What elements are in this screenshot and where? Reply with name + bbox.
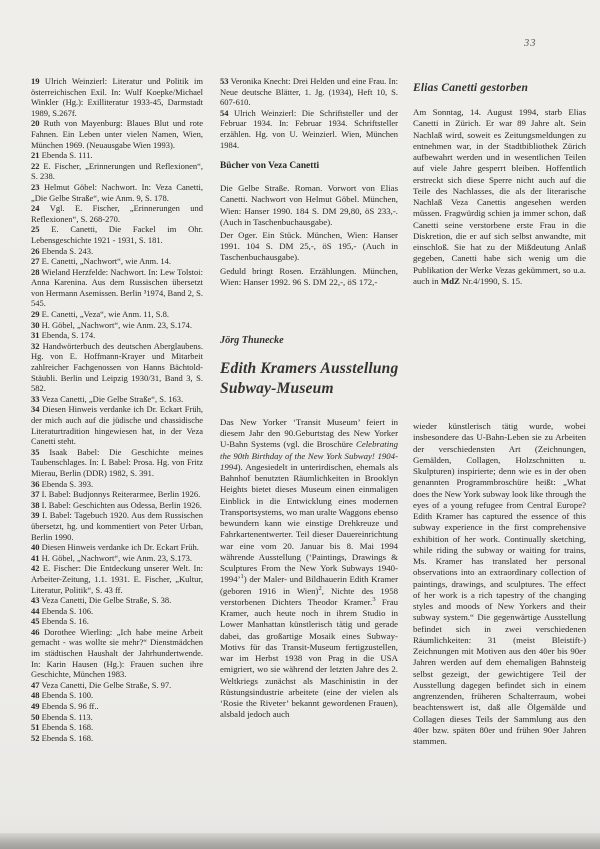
footnote-number: 53 [220,76,229,86]
kramer-article-continuation: wieder künstlerisch tätig wurde, wobei i… [413,421,586,747]
footnote-number: 27 [31,256,40,266]
footnote-number: 34 [31,404,40,414]
footnote-number: 52 [31,733,40,743]
footnote-text: Ebenda, S. 174. [40,330,96,340]
footnote: 23 Helmut Göbel: Nachwort. In: Veza Cane… [31,182,203,203]
footnote-number: 51 [31,722,40,732]
footnote-text: Isaak Babel: Die Geschichte meines Taube… [31,447,203,478]
footnote-number: 37 [31,489,40,499]
text-run: wieder künstlerisch tätig wurde, wobei i… [413,421,586,746]
text-run: Frau Kramer, auch heute noch in ihrem St… [220,597,398,720]
footnote: 20 Ruth von Mayenburg: Blaues Blut und r… [31,118,203,150]
footnote-text: E. Canetti, „Nachwort“, wie Anm. 14. [40,256,171,266]
footnote-number: 36 [31,479,40,489]
footnotes-column-left: 19 Ulrich Weinzierl: Literatur und Polit… [31,76,203,800]
footnote-number: 35 [31,447,40,457]
footnote: 41 H. Göbel, „Nachwort“, wie Anm. 23, S.… [31,553,203,564]
footnote-text: Ruth von Mayenburg: Blaues Blut und rote… [31,118,203,149]
footnote-text: Diesen Hinweis verdanke ich Dr. Eckart F… [31,404,203,446]
text-run-b: MdZ [441,276,460,286]
footnote: 31 Ebenda, S. 174. [31,330,203,341]
footnote-text: Ebenda S. 168. [40,733,94,743]
footnote-number: 48 [31,690,40,700]
footnote: 22 E. Fischer, „Erinnerungen und Reflexi… [31,161,203,182]
canetti-article-heading: Elias Canetti gestorben [413,82,586,94]
footnote-number: 29 [31,309,40,319]
footnote: 40 Diesen Hinweis verdanke ich Dr. Eckar… [31,542,203,553]
footnote-text: Ebenda S. 113. [40,712,93,722]
footnote-text: H. Göbel, „Nachwort“, wie Anm. 23, S.173… [40,553,193,563]
right-column: Elias Canetti gestorben Am Sonntag, 14. … [413,76,586,800]
text-run: ). Angesiedelt in unterirdischen, ehemal… [220,462,398,585]
footnote-number: 28 [31,267,40,277]
footnote-text: Veza Canetti, „Die Gelbe Straße“, S. 163… [40,394,184,404]
footnote: 28 Wieland Herzfelde: Nachwort. In: Lew … [31,267,203,309]
footnote: 21 Ebenda S. 111. [31,150,203,161]
footnote: 27 E. Canetti, „Nachwort“, wie Anm. 14. [31,256,203,267]
footnote-text: Ulrich Weinzierl: Literatur und Politik … [31,76,203,118]
footnote: 46 Dorothee Wierling: „Ich habe meine Ar… [31,627,203,680]
footnote-number: 45 [31,616,40,626]
footnote-number: 31 [31,330,40,340]
middle-column: 53 Veronika Knecht: Drei Helden und eine… [220,76,398,800]
footnote-number: 33 [31,394,40,404]
footnote-text: Veza Canetti, Die Gelbe Straße, S. 38. [40,595,172,605]
book-entry: Geduld bringt Rosen. Erzählungen. Münche… [220,266,398,288]
footnote-text: Ebenda S. 100. [40,690,94,700]
footnote-number: 46 [31,627,40,637]
footnote-text: E. Fischer: Die Entdeckung unserer Welt.… [31,563,203,594]
footnote-number: 50 [31,712,40,722]
footnote-text: Helmut Göbel: Nachwort. In: Veza Canetti… [31,182,203,203]
footnote-number: 54 [220,108,229,118]
footnote-number: 38 [31,500,40,510]
footnote-number: 43 [31,595,40,605]
footnote: 52 Ebenda S. 168. [31,733,203,744]
footnote-text: Handwörterbuch des deutschen Aberglauben… [31,341,203,393]
footnote-text: Ebenda S. 393. [40,479,94,489]
article-title-line1: Edith Kramers Ausstellung im [220,359,398,380]
footnote: 50 Ebenda S. 113. [31,712,203,723]
footnote: 43 Veza Canetti, Die Gelbe Straße, S. 38… [31,595,203,606]
scan-edge-shadow [0,833,600,849]
footnote-number: 47 [31,680,40,690]
footnote-number: 22 [31,161,40,171]
footnote: 54 Ulrich Weinzierl: Die Schriftsteller … [220,108,398,150]
footnote-number: 26 [31,246,40,256]
footnote-number: 42 [31,563,40,573]
footnote-text: I. Babel: Tagebuch 1920. Aus dem Russisc… [31,510,203,541]
footnote-list-middle: 53 Veronika Knecht: Drei Helden und eine… [220,76,398,150]
footnote: 38 I. Babel: Geschichten aus Odessa, Ber… [31,500,203,511]
footnote: 44 Ebenda S. 106. [31,606,203,617]
footnote-list-left: 19 Ulrich Weinzierl: Literatur und Polit… [31,76,203,743]
kramer-article-body: Das New Yorker ‘Transit Museum’ feiert i… [220,417,398,721]
page-number: 33 [524,38,537,49]
footnote-number: 30 [31,320,40,330]
footnote-number: 32 [31,341,40,351]
footnote-text: Wieland Herzfelde: Nachwort. In: Lew Tol… [31,267,203,309]
footnote-number: 19 [31,76,40,86]
footnote-text: Ebenda S. 111. [40,150,93,160]
footnote: 32 Handwörterbuch des deutschen Aberglau… [31,341,203,394]
footnote: 45 Ebenda S. 16. [31,616,203,627]
footnote-number: 39 [31,510,40,520]
footnote: 37 I. Babel: Budjonnys Reiterarmee, Berl… [31,489,203,500]
footnote-number: 25 [31,224,40,234]
footnote-text: E. Canetti, Die Fackel im Ohr. Lebensges… [31,224,203,245]
footnote-number: 41 [31,553,40,563]
footnote-number: 40 [31,542,40,552]
footnote-text: Veronika Knecht: Drei Helden und eine Fr… [220,76,398,107]
footnote: 42 E. Fischer: Die Entdeckung unserer We… [31,563,203,595]
footnote-text: Ebenda S. 168. [40,722,94,732]
footnote: 24 Vgl. E. Fischer, „Erinnerungen und Re… [31,203,203,224]
footnote: 36 Ebenda S. 393. [31,479,203,490]
canetti-article-body: Am Sonntag, 14. August 1994, starb Elias… [413,107,586,287]
footnote-text: Veza Canetti, Die Gelbe Straße, S. 97. [40,680,172,690]
article-title: Edith Kramers Ausstellung imSubway-Museu… [220,359,398,400]
footnote-text: Diesen Hinweis verdanke ich Dr. Eckart F… [40,542,199,552]
footnote-text: H. Göbel, „Nachwort“, wie Anm. 23, S.174… [40,320,193,330]
text-run: Am Sonntag, 14. August 1994, starb Elias… [413,107,586,286]
footnote: 26 Ebenda S. 243. [31,246,203,257]
footnote-text: Ebenda S. 243. [40,246,94,256]
books-section-heading: Bücher von Veza Canetti [220,161,398,171]
footnote-text: Ebenda S. 96 ff.. [40,701,99,711]
footnote: 51 Ebenda S. 168. [31,722,203,733]
footnote-text: Dorothee Wierling: „Ich habe meine Arbei… [31,627,203,679]
footnote-text: E. Fischer, „Erinnerungen und Reflexione… [31,161,203,182]
footnote-text: Ebenda S. 16. [40,616,89,626]
footnote-number: 24 [31,203,40,213]
footnote: 25 E. Canetti, Die Fackel im Ohr. Lebens… [31,224,203,245]
footnote-number: 23 [31,182,40,192]
article-title-line2: Subway-Museum [220,379,398,400]
footnote: 48 Ebenda S. 100. [31,690,203,701]
footnote: 35 Isaak Babel: Die Geschichte meines Ta… [31,447,203,479]
footnote-text: I. Babel: Budjonnys Reiterarmee, Berlin … [40,489,201,499]
footnote-text: Ebenda S. 106. [40,606,94,616]
footnote-number: 20 [31,118,40,128]
book-entry: Die Gelbe Straße. Roman. Vorwort von Eli… [220,183,398,228]
footnote-text: E. Canetti, „Veza“, wie Anm. 11, S.8. [40,309,170,319]
footnote-number: 44 [31,606,40,616]
book-entry: Der Oger. Ein Stück. München, Wien: Hans… [220,230,398,264]
journal-page: 33 19 Ulrich Weinzierl: Literatur und Po… [0,0,600,849]
footnote: 47 Veza Canetti, Die Gelbe Straße, S. 97… [31,680,203,691]
footnote-text: Vgl. E. Fischer, „Erinnerungen und Refle… [31,203,203,224]
article-author: Jörg Thunecke [220,335,398,346]
text-run: Nr.4/1990, S. 15. [460,276,522,286]
footnote-number: 21 [31,150,40,160]
footnote: 53 Veronika Knecht: Drei Helden und eine… [220,76,398,108]
footnote: 49 Ebenda S. 96 ff.. [31,701,203,712]
footnote-text: I. Babel: Geschichten aus Odessa, Berlin… [40,500,202,510]
footnote: 30 H. Göbel, „Nachwort“, wie Anm. 23, S.… [31,320,203,331]
footnote: 33 Veza Canetti, „Die Gelbe Straße“, S. … [31,394,203,405]
footnote-number: 49 [31,701,40,711]
footnote: 39 I. Babel: Tagebuch 1920. Aus dem Russ… [31,510,203,542]
footnote: 19 Ulrich Weinzierl: Literatur und Polit… [31,76,203,118]
footnote: 34 Diesen Hinweis verdanke ich Dr. Eckar… [31,404,203,446]
book-list: Die Gelbe Straße. Roman. Vorwort von Eli… [220,183,398,288]
footnote-text: Ulrich Weinzierl: Die Schriftsteller und… [220,108,398,150]
footnote: 29 E. Canetti, „Veza“, wie Anm. 11, S.8. [31,309,203,320]
